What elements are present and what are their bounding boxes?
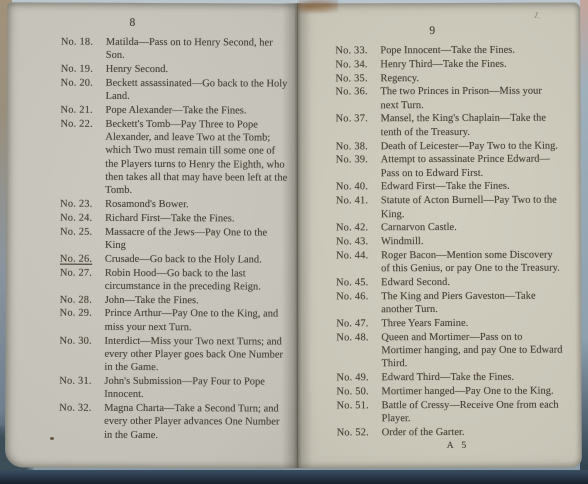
entry-text: The two Princes in Prison—Miss your next… — [380, 85, 562, 112]
entry-number: No. 25. — [60, 225, 105, 252]
entry-row: No. 29. Prince Arthur—Pay One to the Kin… — [60, 307, 290, 335]
entry-text: Queen and Mortimer—Pass on to Mortimer h… — [381, 330, 563, 371]
entry-text: Henry Second. — [106, 63, 290, 77]
entry-number: No. 46. — [336, 290, 381, 317]
photo-background: 8 No. 18. Matilda—Pass on to Henry Secon… — [0, 0, 588, 484]
entry-number: No. 24. — [60, 211, 105, 224]
entry-text: Statute of Acton Burnell—Pay Two to the … — [381, 194, 563, 221]
entry-text: Robin Hood—Go back to the last circumsta… — [105, 266, 289, 293]
open-book: 8 No. 18. Matilda—Pass on to Henry Secon… — [6, 3, 581, 468]
entry-text: Massacre of the Jews—Pay One to the King — [105, 225, 289, 252]
entry-number: No. 42. — [336, 222, 381, 235]
entry-row: No. 25. Massacre of the Jews—Pay One to … — [60, 225, 290, 253]
entry-text: Beckett assassinated—Go back to the Holy… — [106, 77, 290, 104]
entry-text: Beckett's Tomb—Pay Three to Pope Alexand… — [105, 118, 289, 199]
entry-row: No. 30. Interdict—Miss your Two next Tur… — [59, 334, 289, 375]
entry-number: No. 37. — [336, 113, 381, 140]
entry-row: No. 43. Windmill. — [336, 235, 573, 249]
entry-text: Battle of Cressy—Receive One from each P… — [382, 398, 564, 425]
entry-row: No. 50. Mortimer hanged—Pay One to the K… — [337, 384, 574, 398]
entry-number: No. 51. — [337, 399, 382, 426]
entry-text: John's Submission—Pay Four to Pope Innoc… — [104, 375, 288, 402]
entry-row: No. 24. Richard First—Take the Fines. — [60, 211, 290, 225]
entry-text: The King and Piers Gaveston—Take another… — [381, 289, 563, 316]
entry-row: No. 19. Henry Second. — [61, 63, 291, 77]
entry-number: No. 45. — [336, 276, 381, 289]
entry-row: No. 20. Beckett assassinated—Go back to … — [61, 76, 291, 104]
entry-text: Richard First—Take the Fines. — [105, 212, 289, 226]
entry-number: No. 22. — [60, 117, 105, 197]
entry-number: No. 44. — [336, 249, 381, 276]
entry-text: Roger Bacon—Mention some Discovery of th… — [381, 249, 563, 276]
entries-list-right: No. 33. Pope Innocent—Take the Fines. No… — [295, 44, 581, 440]
entry-text: Pope Innocent—Take the Fines. — [380, 44, 562, 58]
entry-number: No. 19. — [61, 63, 106, 76]
entry-row: No. 42. Carnarvon Castle. — [336, 221, 573, 235]
entry-text: Matilda—Pass on to Henry Second, her Son… — [106, 36, 290, 63]
entry-text: Edward First—Take the Fines. — [381, 180, 563, 194]
entry-row: No. 49. Edward Third—Take the Fines. — [336, 371, 573, 385]
entry-text: Mansel, the King's Chaplain—Take the ten… — [381, 112, 563, 139]
entry-row: No. 23. Rosamond's Bower. — [60, 198, 290, 212]
entry-number: No. 28. — [60, 293, 105, 306]
entry-number: No. 26. — [60, 252, 105, 265]
entry-number: No. 35. — [335, 72, 380, 85]
entry-row: No. 52. Order of the Garter. — [337, 425, 574, 439]
entries-list-left: No. 18. Matilda—Pass on to Henry Second,… — [5, 35, 299, 442]
entry-number: No. 36. — [335, 86, 380, 113]
entry-text: Regency. — [380, 71, 562, 85]
entry-text: John—Take the Fines. — [105, 293, 289, 307]
entry-number: No. 32. — [59, 402, 104, 442]
entry-text: Rosamond's Bower. — [105, 198, 289, 212]
entry-row: No. 41. Statute of Acton Burnell—Pay Two… — [336, 194, 573, 221]
entry-number: No. 23. — [60, 198, 105, 211]
entry-row: No. 38. Death of Leicester—Pay Two to th… — [336, 139, 573, 153]
entry-text: Crusade—Go back to the Holy Land. — [105, 253, 289, 267]
entry-number: No. 38. — [336, 140, 381, 153]
entry-number: No. 52. — [337, 426, 382, 439]
entry-number: No. 21. — [61, 104, 106, 117]
entry-text: Three Years Famine. — [381, 317, 563, 331]
entry-number: No. 49. — [336, 371, 381, 384]
entry-row: No. 40. Edward First—Take the Fines. — [336, 180, 573, 194]
entry-row: No. 21. Pope Alexander—Take the Fines. — [61, 104, 291, 118]
entry-row: No. 27. Robin Hood—Go back to the last c… — [60, 266, 290, 294]
entry-text: Death of Leicester—Pay Two to the King. — [381, 139, 563, 153]
page-number-right: 9 — [295, 25, 570, 38]
entry-text: Attempt to assassinate Prince Edward—Pas… — [381, 153, 563, 180]
entry-row: No. 28. John—Take the Fines. — [60, 293, 290, 307]
entry-row: No. 32. Magna Charta—Take a Second Turn;… — [59, 402, 289, 443]
entry-row: No. 36. The two Princes in Prison—Miss y… — [335, 85, 572, 112]
entry-text: Edward Third—Take the Fines. — [381, 371, 563, 385]
page-number-left: 8 — [7, 16, 259, 29]
entry-text: Prince Arthur—Pay One to the King, and m… — [105, 307, 289, 334]
entry-row: No. 46. The King and Piers Gaveston—Take… — [336, 289, 573, 316]
entry-text: Henry Third—Take the Fines. — [380, 57, 562, 71]
entry-text: Order of the Garter. — [382, 425, 564, 439]
entry-row: No. 33. Pope Innocent—Take the Fines. — [335, 44, 572, 58]
entry-text: Pope Alexander—Take the Fines. — [106, 104, 290, 118]
entry-row: No. 37. Mansel, the King's Chaplain—Take… — [336, 112, 573, 139]
signature-mark: A 5 — [447, 441, 582, 451]
entry-number: No. 41. — [336, 194, 381, 221]
entry-number: No. 43. — [336, 235, 381, 248]
entry-row: No. 35. Regency. — [335, 71, 572, 85]
entry-number: No. 40. — [336, 181, 381, 194]
entry-text: Edward Second. — [381, 276, 563, 290]
entry-number: No. 48. — [336, 331, 381, 371]
entry-row: No. 44. Roger Bacon—Mention some Discove… — [336, 248, 573, 275]
entry-text: Mortimer hanged—Pay One to the King. — [382, 384, 564, 398]
entry-text: Windmill. — [381, 235, 563, 249]
entry-number: No. 29. — [60, 307, 105, 334]
entry-number: No. 34. — [335, 58, 380, 71]
book-page-left: 8 No. 18. Matilda—Pass on to Henry Secon… — [5, 2, 299, 468]
entry-number: No. 39. — [336, 154, 381, 181]
entry-row: No. 39. Attempt to assassinate Prince Ed… — [336, 153, 573, 180]
entry-number: No. 47. — [336, 317, 381, 330]
entry-text: Magna Charta—Take a Second Turn; and eve… — [104, 402, 288, 443]
entry-row: No. 26. Crusade—Go back to the Holy Land… — [60, 252, 290, 266]
entry-row: No. 22. Beckett's Tomb—Pay Three to Pope… — [60, 117, 290, 198]
entry-text: Carnarvon Castle. — [381, 221, 563, 235]
entry-row: No. 34. Henry Third—Take the Fines. — [335, 57, 572, 71]
entry-number: No. 33. — [335, 44, 380, 57]
entry-text: Interdict—Miss your Two next Turns; and … — [104, 334, 288, 375]
entry-row: No. 51. Battle of Cressy—Receive One fro… — [337, 398, 574, 425]
entry-number: No. 18. — [61, 36, 106, 63]
background-bottom-edge — [0, 470, 588, 484]
entry-number: No. 31. — [59, 375, 104, 402]
entry-row: No. 47. Three Years Famine. — [336, 316, 573, 330]
entry-row: No. 31. John's Submission—Pay Four to Po… — [59, 375, 289, 403]
entry-number: No. 27. — [60, 266, 105, 293]
entry-number: No. 30. — [59, 334, 104, 374]
entry-row: No. 45. Edward Second. — [336, 276, 573, 290]
entry-row: No. 18. Matilda—Pass on to Henry Second,… — [61, 36, 291, 64]
entry-row: No. 48. Queen and Mortimer—Pass on to Mo… — [336, 330, 573, 371]
entry-number: No. 20. — [61, 76, 106, 103]
book-page-right: 9 No. 33. Pope Innocent—Take the Fines. … — [295, 3, 582, 469]
entry-number: No. 50. — [337, 385, 382, 398]
